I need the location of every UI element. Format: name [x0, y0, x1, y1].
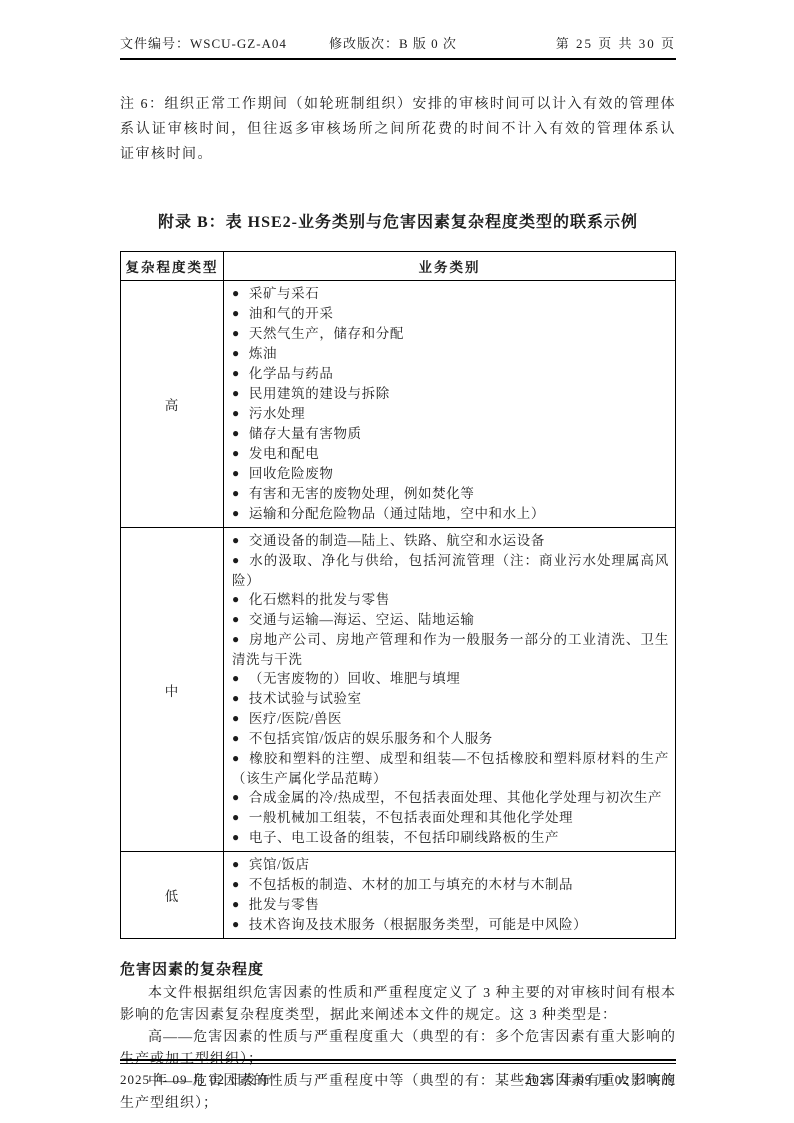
list-item: ●橡胶和塑料的注塑、成型和组装—不包括橡胶和塑料原材料的生产（该生产属化学品范畴…: [232, 749, 669, 788]
list-item: ●技术咨询及技术服务（根据服务类型，可能是中风险）: [232, 915, 669, 935]
list-item-text: 一般机械加工组装，不包括表面处理和其他化学处理: [249, 810, 573, 825]
list-item-text: 不包括板的制造、木材的加工与填充的木材与木制品: [249, 877, 573, 892]
list-item: ●有害和无害的废物处理，例如焚化等: [232, 484, 669, 504]
list-item-text: 有害和无害的废物处理，例如焚化等: [249, 486, 475, 501]
bullet-icon: ●: [232, 424, 240, 443]
complexity-table: 复杂程度类型 业务类别 高●采矿与采石●油和气的开采●天然气生产，储存和分配●炼…: [120, 251, 676, 939]
bullet-icon: ●: [232, 895, 240, 914]
appendix-title: 附录 B：表 HSE2-业务类别与危害因素复杂程度类型的联系示例: [120, 209, 676, 232]
list-item-text: 技术试验与试验室: [249, 691, 362, 706]
bullet-icon: ●: [232, 284, 240, 303]
revision-label: 修改版次：B 版 0 次: [329, 33, 457, 52]
bullet-icon: ●: [232, 384, 240, 403]
list-item: ●污水处理: [232, 404, 669, 424]
list-item-text: 运输和分配危险物品（通过陆地，空中和水上）: [249, 506, 545, 521]
list-item: ●化石燃料的批发与零售: [232, 590, 669, 610]
bullet-icon: ●: [232, 444, 240, 463]
bullet-icon: ●: [232, 808, 240, 827]
bullet-icon: ●: [232, 875, 240, 894]
table-row: 高●采矿与采石●油和气的开采●天然气生产，储存和分配●炼油●化学品与药品●民用建…: [121, 281, 676, 528]
bullet-icon: ●: [232, 464, 240, 483]
note-paragraph: 注 6：组织正常工作期间（如轮班制组织）安排的审核时间可以计入有效的管理体系认证…: [120, 92, 676, 167]
footer-issued-date: 2025 年 09 月 02 日发布: [120, 1069, 271, 1088]
bullet-icon: ●: [232, 551, 240, 570]
list-item: ●采矿与采石: [232, 284, 669, 304]
footer-implemented-date: 2025 年 09 月 02 日实施: [525, 1069, 676, 1088]
document-page: 文件编号：WSCU-GZ-A04 修改版次：B 版 0 次 第 25 页 共 3…: [0, 0, 794, 1123]
bullet-icon: ●: [232, 788, 240, 807]
list-item-text: 不包括宾馆/饭店的娱乐服务和个人服务: [249, 731, 493, 746]
bullet-icon: ●: [232, 531, 240, 550]
list-item-text: 回收危险废物: [249, 466, 334, 481]
list-item-text: 炼油: [249, 346, 277, 361]
business-items-cell: ●交通设备的制造—陆上、铁路、航空和水运设备●水的汲取、净化与供给，包括河流管理…: [224, 528, 676, 852]
complexity-level-cell: 中: [121, 528, 224, 852]
list-item: ●油和气的开采: [232, 304, 669, 324]
list-item: ●炼油: [232, 344, 669, 364]
business-items-cell: ●采矿与采石●油和气的开采●天然气生产，储存和分配●炼油●化学品与药品●民用建筑…: [224, 281, 676, 528]
list-item: ●不包括板的制造、木材的加工与填充的木材与木制品: [232, 875, 669, 895]
bullet-icon: ●: [232, 630, 240, 649]
list-item: ●技术试验与试验室: [232, 689, 669, 709]
list-item-text: 合成金属的冷/热成型，不包括表面处理、其他化学处理与初次生产: [249, 790, 662, 805]
list-item: ●房地产公司、房地产管理和作为一般服务一部分的工业清洗、卫生清洗与干洗: [232, 630, 669, 669]
page-indicator: 第 25 页 共 30 页: [556, 33, 676, 52]
table-row: 低●宾馆/饭店●不包括板的制造、木材的加工与填充的木材与木制品●批发与零售●技术…: [121, 852, 676, 939]
business-items-cell: ●宾馆/饭店●不包括板的制造、木材的加工与填充的木材与木制品●批发与零售●技术咨…: [224, 852, 676, 939]
bullet-icon: ●: [232, 828, 240, 847]
bullet-icon: ●: [232, 484, 240, 503]
list-item-text: 天然气生产，储存和分配: [249, 326, 404, 341]
list-item: ●发电和配电: [232, 444, 669, 464]
bullet-icon: ●: [232, 855, 240, 874]
list-item: ●民用建筑的建设与拆除: [232, 384, 669, 404]
bullet-icon: ●: [232, 915, 240, 934]
bullet-icon: ●: [232, 504, 240, 523]
list-item: ●医疗/医院/兽医: [232, 709, 669, 729]
list-item-text: 交通与运输—海运、空运、陆地运输: [249, 612, 475, 627]
list-item-text: 发电和配电: [249, 446, 320, 461]
bullet-icon: ●: [232, 709, 240, 728]
table-row: 中●交通设备的制造—陆上、铁路、航空和水运设备●水的汲取、净化与供给，包括河流管…: [121, 528, 676, 852]
table-header-row: 复杂程度类型 业务类别: [121, 252, 676, 281]
list-item: ●批发与零售: [232, 895, 669, 915]
list-item: ●电子、电工设备的组装，不包括印刷线路板的生产: [232, 828, 669, 848]
list-item: ●宾馆/饭店: [232, 855, 669, 875]
list-item-text: 污水处理: [249, 406, 305, 421]
complexity-level-cell: 低: [121, 852, 224, 939]
bullet-icon: ●: [232, 304, 240, 323]
bullet-icon: ●: [232, 610, 240, 629]
list-item: ●一般机械加工组装，不包括表面处理和其他化学处理: [232, 808, 669, 828]
list-item: ●天然气生产，储存和分配: [232, 324, 669, 344]
document-header: 文件编号：WSCU-GZ-A04 修改版次：B 版 0 次 第 25 页 共 3…: [120, 33, 676, 52]
document-footer: 2025 年 09 月 02 日发布 2025 年 09 月 02 日实施: [120, 1059, 676, 1088]
list-item-text: 民用建筑的建设与拆除: [249, 386, 390, 401]
bullet-icon: ●: [232, 364, 240, 383]
bullet-icon: ●: [232, 590, 240, 609]
list-item: ●（无害废物的）回收、堆肥与填埋: [232, 669, 669, 689]
list-item-text: 化石燃料的批发与零售: [249, 592, 390, 607]
bullet-icon: ●: [232, 404, 240, 423]
list-item: ●交通设备的制造—陆上、铁路、航空和水运设备: [232, 531, 669, 551]
col-header-business: 业务类别: [224, 252, 676, 281]
list-item-text: 油和气的开采: [249, 306, 334, 321]
list-item-text: 化学品与药品: [249, 366, 334, 381]
bullet-icon: ●: [232, 669, 240, 688]
list-item-text: （无害废物的）回收、堆肥与填埋: [249, 671, 461, 686]
complexity-level-cell: 高: [121, 281, 224, 528]
list-item-text: 医疗/医院/兽医: [249, 711, 342, 726]
list-item-text: 电子、电工设备的组装，不包括印刷线路板的生产: [249, 830, 559, 845]
doc-number: 文件编号：WSCU-GZ-A04: [120, 33, 287, 52]
bullet-icon: ●: [232, 689, 240, 708]
list-item-text: 水的汲取、净化与供给，包括河流管理（注：商业污水处理属高风险）: [232, 553, 669, 588]
bullet-icon: ●: [232, 324, 240, 343]
list-item-text: 批发与零售: [249, 897, 320, 912]
list-item-text: 采矿与采石: [249, 286, 320, 301]
list-item: ●运输和分配危险物品（通过陆地，空中和水上）: [232, 504, 669, 524]
body-paragraph: 本文件根据组织危害因素的性质和严重程度定义了 3 种主要的对审核时间有根本影响的…: [120, 983, 676, 1027]
col-header-complexity: 复杂程度类型: [121, 252, 224, 281]
header-rule: [120, 58, 676, 60]
list-item-text: 技术咨询及技术服务（根据服务类型，可能是中风险）: [249, 917, 587, 932]
list-item: ●回收危险废物: [232, 464, 669, 484]
list-item: ●储存大量有害物质: [232, 424, 669, 444]
section-paragraphs: 本文件根据组织危害因素的性质和严重程度定义了 3 种主要的对审核时间有根本影响的…: [120, 983, 676, 1115]
list-item: ●不包括宾馆/饭店的娱乐服务和个人服务: [232, 729, 669, 749]
section-heading: 危害因素的复杂程度: [120, 958, 676, 979]
list-item-text: 房地产公司、房地产管理和作为一般服务一部分的工业清洗、卫生清洗与干洗: [232, 632, 669, 667]
list-item-text: 储存大量有害物质: [249, 426, 362, 441]
list-item: ●化学品与药品: [232, 364, 669, 384]
complexity-table-body: 高●采矿与采石●油和气的开采●天然气生产，储存和分配●炼油●化学品与药品●民用建…: [121, 281, 676, 939]
bullet-icon: ●: [232, 749, 240, 768]
list-item: ●合成金属的冷/热成型，不包括表面处理、其他化学处理与初次生产: [232, 788, 669, 808]
list-item-text: 宾馆/饭店: [249, 857, 310, 872]
footer-rule: [120, 1059, 676, 1064]
list-item: ●交通与运输—海运、空运、陆地运输: [232, 610, 669, 630]
list-item-text: 交通设备的制造—陆上、铁路、航空和水运设备: [249, 533, 545, 548]
list-item: ●水的汲取、净化与供给，包括河流管理（注：商业污水处理属高风险）: [232, 551, 669, 590]
bullet-icon: ●: [232, 344, 240, 363]
list-item-text: 橡胶和塑料的注塑、成型和组装—不包括橡胶和塑料原材料的生产（该生产属化学品范畴）: [232, 751, 669, 786]
bullet-icon: ●: [232, 729, 240, 748]
